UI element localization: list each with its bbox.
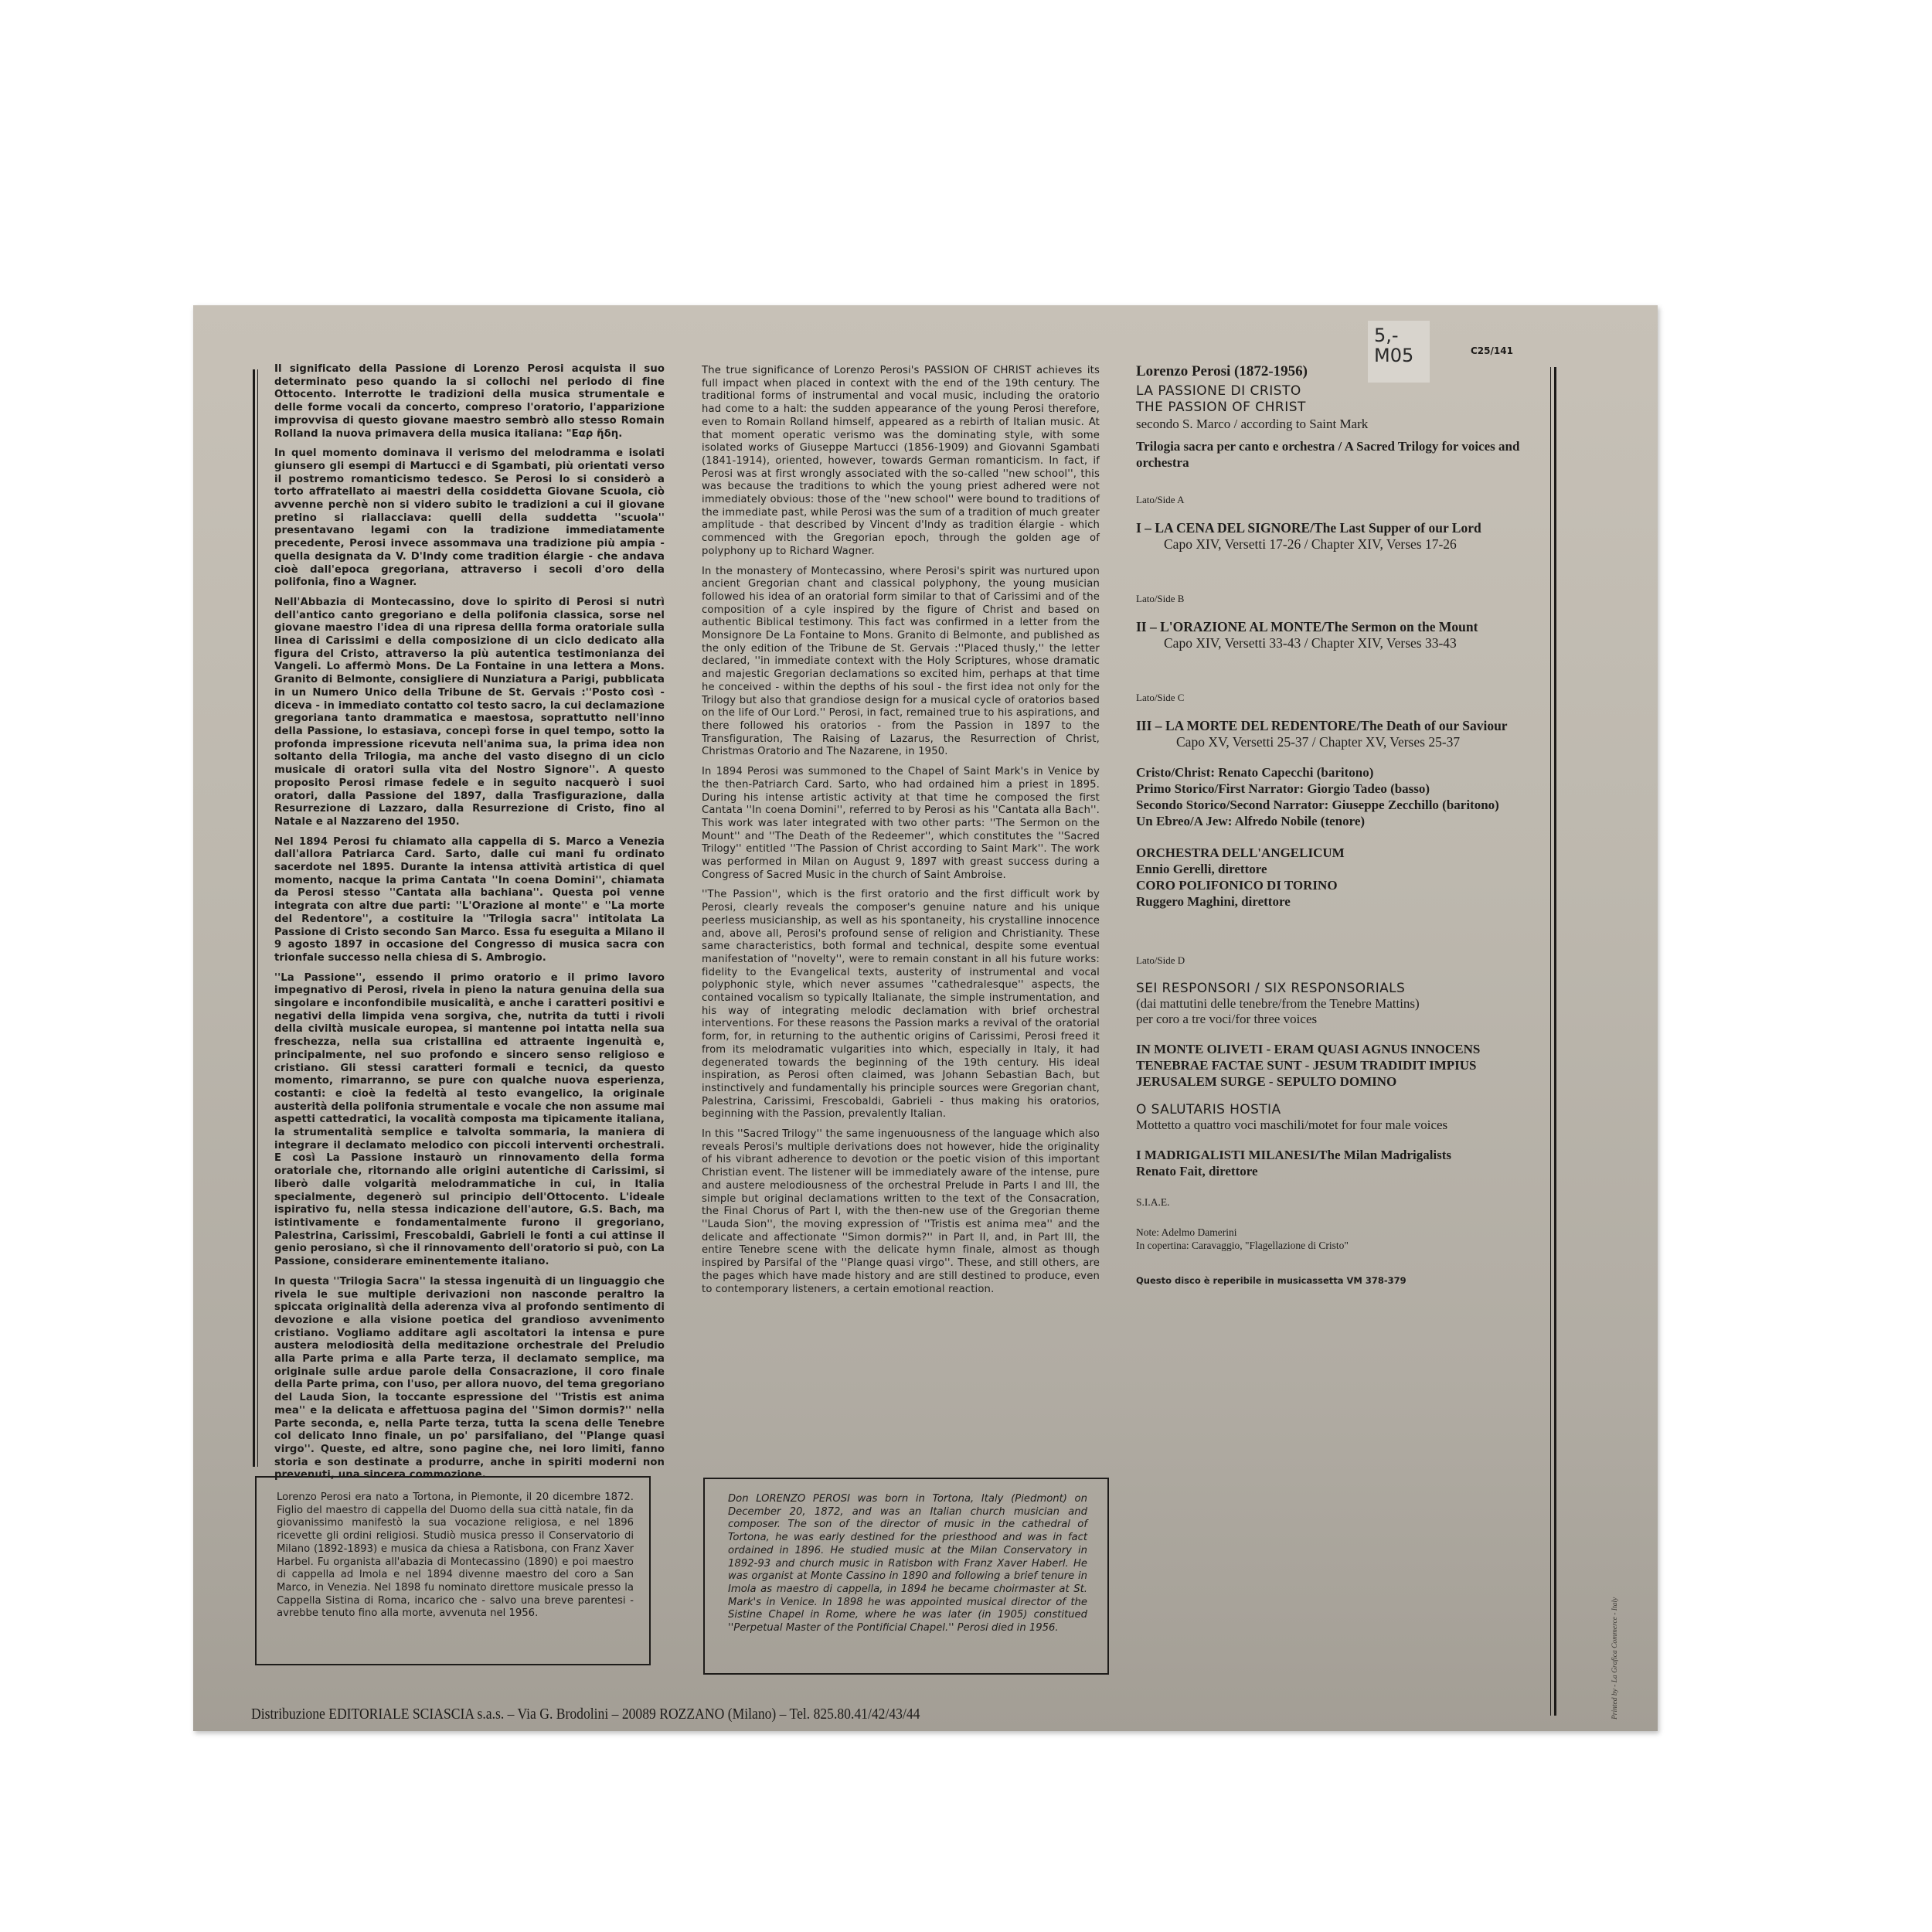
italian-paragraph: Nel 1894 Perosi fu chiamato alla cappell…	[274, 836, 665, 965]
track-number: II –	[1136, 619, 1157, 634]
side-a-label: Lato/Side A	[1136, 494, 1553, 506]
italian-paragraph: Il significato della Passione di Lorenzo…	[274, 363, 665, 440]
track-number: III –	[1136, 718, 1162, 733]
cast-member: Primo Storico/First Narrator: Giorgio Ta…	[1136, 781, 1553, 797]
motet-description: Mottetto a quattro voci maschili/motet f…	[1136, 1117, 1553, 1133]
track-verses: Capo XV, Versetti 25-37 / Chapter XV, Ve…	[1136, 734, 1553, 750]
album-title-it: LA PASSIONE DI CRISTO	[1136, 383, 1553, 400]
madrigalists-name: I MADRIGALISTI MILANESI/The Milan Madrig…	[1136, 1147, 1553, 1163]
album-title-en: THE PASSION OF CHRIST	[1136, 400, 1553, 416]
track-verses: Capo XIV, Versetti 33-43 / Chapter XIV, …	[1136, 635, 1553, 651]
album-description: Trilogia sacra per canto e orchestra / A…	[1136, 438, 1553, 471]
composer-name: Lorenzo Perosi (1872-1956)	[1136, 363, 1553, 380]
responsorial-item: TENEBRAE FACTAE SUNT - JESUM TRADIDIT IM…	[1136, 1057, 1553, 1073]
responsorials-sub-1: (dai mattutini delle tenebre/from the Te…	[1136, 996, 1553, 1012]
english-paragraph: In the monastery of Montecassino, where …	[702, 566, 1100, 760]
italian-paragraph: ''La Passione'', essendo il primo orator…	[274, 972, 665, 1269]
english-paragraph: ''The Passion'', which is the first orat…	[702, 889, 1100, 1121]
track-title: L'ORAZIONE AL MONTE/The Sermon on the Mo…	[1160, 619, 1478, 634]
printed-by-note: Printed by - La Grafica Commerce - Italy	[1611, 1597, 1619, 1719]
side-d-label: Lato/Side D	[1136, 954, 1553, 967]
track-verses: Capo XIV, Versetti 17-26 / Chapter XIV, …	[1136, 536, 1553, 553]
cast-member: Un Ebreo/A Jew: Alfredo Nobile (tenore)	[1136, 813, 1553, 829]
track-title: LA MORTE DEL REDENTORE/The Death of our …	[1165, 718, 1508, 733]
cassette-availability: Questo disco è reperibile in musicassett…	[1136, 1275, 1553, 1286]
cast-member: Secondo Storico/Second Narrator: Giusepp…	[1136, 797, 1553, 813]
catalog-number: C25/141	[1471, 345, 1513, 356]
madrigalists: I MADRIGALISTI MILANESI/The Milan Madrig…	[1136, 1147, 1553, 1179]
salutaris-title: O SALUTARIS HOSTIA	[1136, 1102, 1553, 1117]
track-side-a: I – LA CENA DEL SIGNORE/The Last Supper …	[1136, 520, 1553, 536]
bio-box-english: Don LORENZO PEROSI was born in Tortona, …	[703, 1478, 1109, 1675]
responsorial-item: JERUSALEM SURGE - SEPULTO DOMINO	[1136, 1073, 1553, 1090]
cast-member: Cristo/Christ: Renato Capecchi (baritono…	[1136, 764, 1553, 781]
side-b-label: Lato/Side B	[1136, 593, 1553, 605]
ensemble-line: Ennio Gerelli, direttore	[1136, 861, 1553, 877]
cover-art-credit: In copertina: Caravaggio, "Flagellazione…	[1136, 1239, 1553, 1252]
responsorials-title: SEI RESPONSORI / SIX RESPONSORIALS	[1136, 981, 1553, 996]
madrigalists-director: Renato Fait, direttore	[1136, 1163, 1553, 1179]
english-liner-notes: The true significance of Lorenzo Perosi'…	[702, 365, 1100, 1303]
italian-paragraph: In quel momento dominava il verismo del …	[274, 447, 665, 590]
bio-english-text: Don LORENZO PEROSI was born in Tortona, …	[728, 1493, 1087, 1635]
notes-author: Note: Adelmo Damerini	[1136, 1226, 1553, 1239]
bio-box-italian: Lorenzo Perosi era nato a Tortona, in Pi…	[255, 1476, 651, 1665]
left-double-rule-inner	[257, 369, 258, 1467]
english-paragraph: In 1894 Perosi was summoned to the Chape…	[702, 766, 1100, 882]
english-paragraph: The true significance of Lorenzo Perosi'…	[702, 365, 1100, 559]
ensemble-line: Ruggero Maghini, direttore	[1136, 893, 1553, 910]
italian-paragraph: Nell'Abbazia di Montecassino, dove lo sp…	[274, 597, 665, 829]
siae-mark: S.I.A.E.	[1136, 1196, 1553, 1209]
ensemble-line: CORO POLIFONICO DI TORINO	[1136, 877, 1553, 893]
right-double-rule-outer	[1554, 367, 1556, 1716]
responsorial-item: IN MONTE OLIVETI - ERAM QUASI AGNUS INNO…	[1136, 1041, 1553, 1057]
english-paragraph: In this ''Sacred Trilogy'' the same inge…	[702, 1128, 1100, 1296]
italian-liner-notes: Il significato della Passione di Lorenzo…	[274, 363, 665, 1489]
bio-italian-text: Lorenzo Perosi era nato a Tortona, in Pi…	[277, 1492, 634, 1621]
ensemble-list: ORCHESTRA DELL'ANGELICUM Ennio Gerelli, …	[1136, 845, 1553, 910]
distribution-footer: Distribuzione EDITORIALE SCIASCIA s.a.s.…	[251, 1706, 920, 1723]
track-side-c: III – LA MORTE DEL REDENTORE/The Death o…	[1136, 718, 1553, 734]
notes-credits: Note: Adelmo Damerini In copertina: Cara…	[1136, 1226, 1553, 1252]
price-line-1: 5,-	[1374, 325, 1430, 345]
responsorials-sub-2: per coro a tre voci/for three voices	[1136, 1012, 1553, 1027]
credits-column: Lorenzo Perosi (1872-1956) LA PASSIONE D…	[1136, 363, 1553, 1286]
album-subtitle: secondo S. Marco / according to Saint Ma…	[1136, 416, 1553, 432]
side-c-label: Lato/Side C	[1136, 692, 1553, 704]
track-title: LA CENA DEL SIGNORE/The Last Supper of o…	[1155, 520, 1481, 536]
track-side-b: II – L'ORAZIONE AL MONTE/The Sermon on t…	[1136, 619, 1553, 635]
track-number: I –	[1136, 520, 1151, 536]
cast-list: Cristo/Christ: Renato Capecchi (baritono…	[1136, 764, 1553, 829]
left-double-rule	[253, 369, 255, 1467]
ensemble-line: ORCHESTRA DELL'ANGELICUM	[1136, 845, 1553, 861]
responsorials-list: IN MONTE OLIVETI - ERAM QUASI AGNUS INNO…	[1136, 1041, 1553, 1090]
italian-paragraph: In questa ''Trilogia Sacra'' la stessa i…	[274, 1276, 665, 1482]
